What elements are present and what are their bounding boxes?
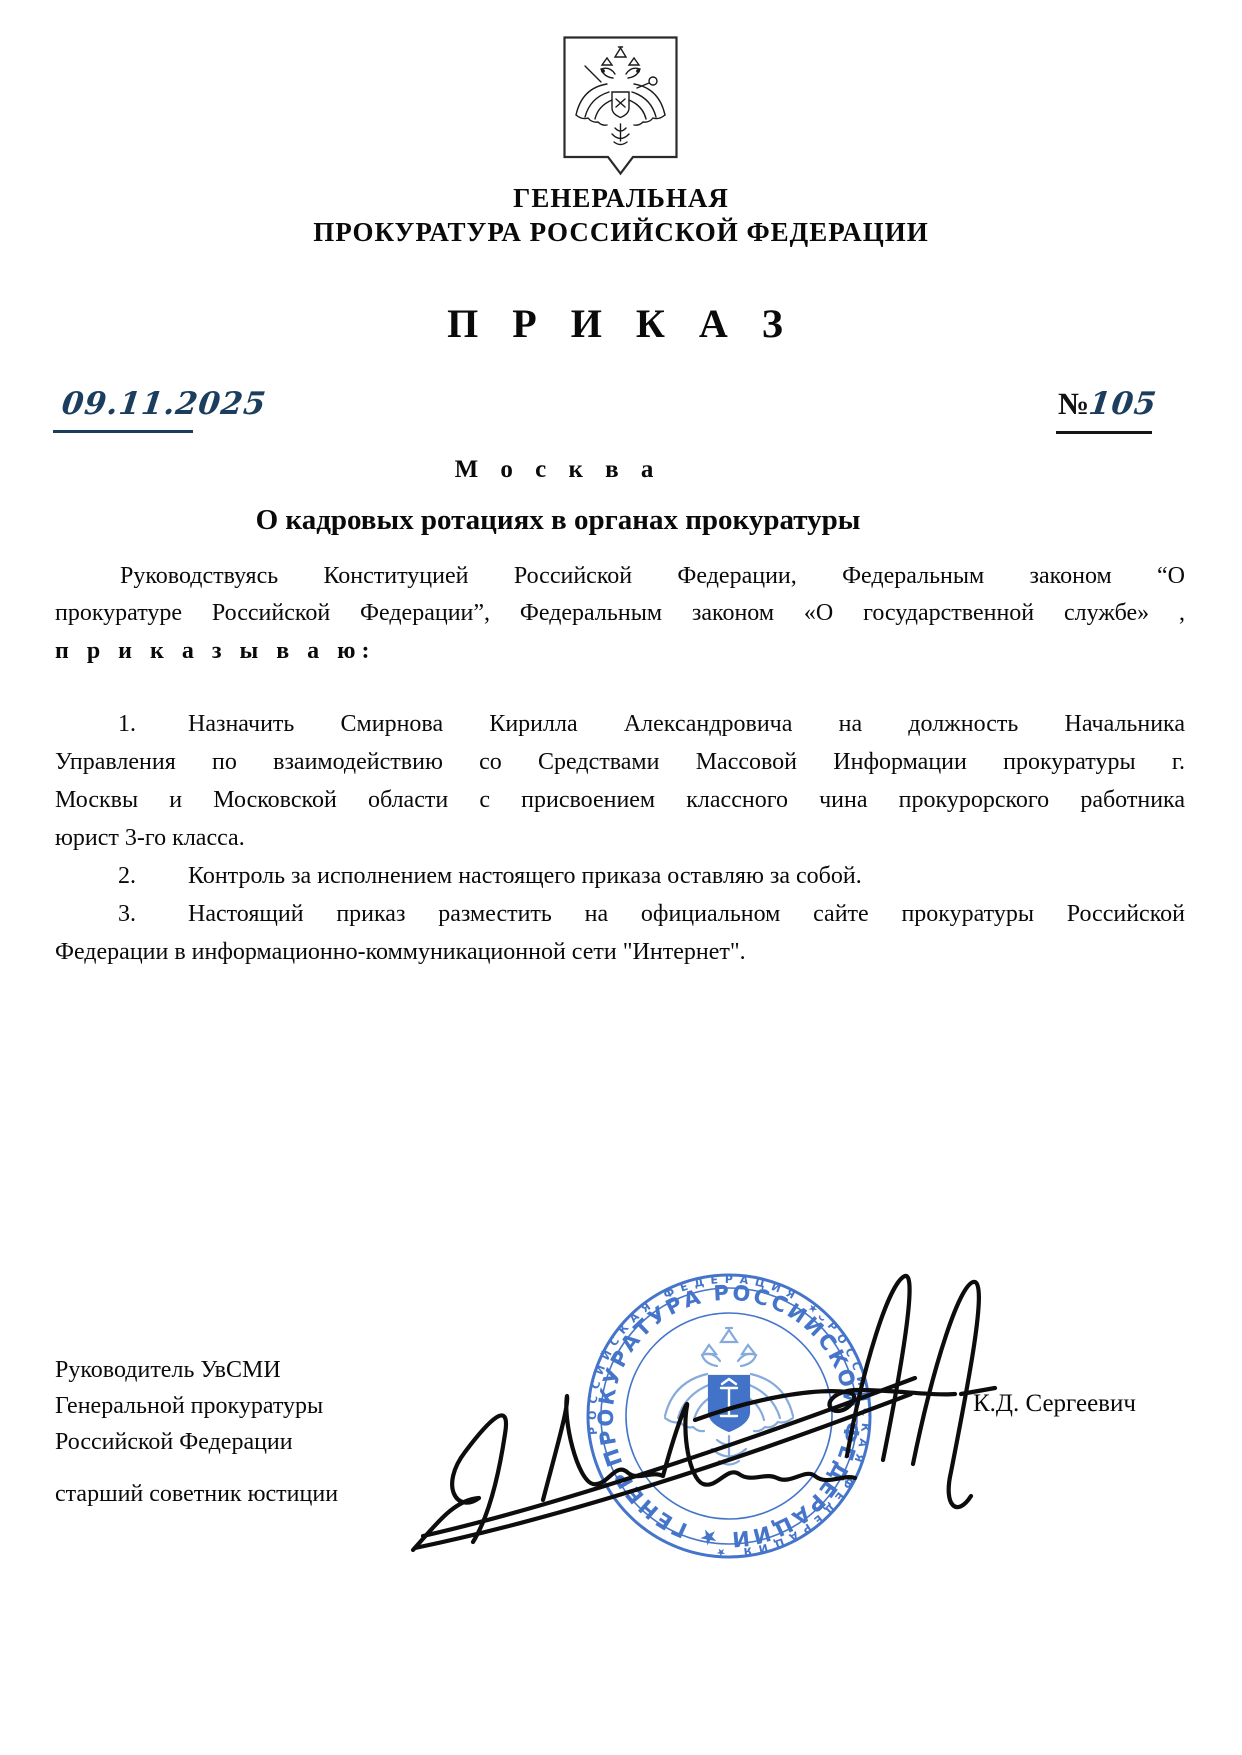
signatory-position-line: Генеральной прокуратуры xyxy=(55,1388,338,1424)
ordered-items: 1. Назначить Смирнова Кирилла Александро… xyxy=(55,705,1185,971)
list-item-line: 2. Контроль за исполнением настоящего пр… xyxy=(55,857,1185,895)
date-underline xyxy=(53,430,193,433)
place-line: М о с к в а xyxy=(55,456,1061,484)
document-subject-title: О кадровых ротациях в органах прокуратур… xyxy=(55,504,1061,537)
signatory-position-line: Российской Федерации xyxy=(55,1424,338,1460)
preamble-line: прокуратуре Российской Федерации”, Федер… xyxy=(55,595,1185,632)
document-type-title: П Р И К А З xyxy=(0,300,1242,347)
list-item-line: юрист 3-го класса. xyxy=(55,819,1185,857)
list-item-line: 3. Настоящий приказ разместить на официа… xyxy=(55,895,1185,933)
list-item-line: Москвы и Московской области с присвоение… xyxy=(55,781,1185,819)
document-body: Руководствуясь Конституцией Российской Ф… xyxy=(55,558,1185,971)
list-item-line: 1. Назначить Смирнова Кирилла Александро… xyxy=(55,705,1185,743)
number-sign: № xyxy=(1058,386,1089,421)
org-name-line1: ГЕНЕРАЛЬНАЯ xyxy=(0,183,1242,214)
document-page: ГЕНЕРАЛЬНАЯ ПРОКУРАТУРА РОССИЙСКОЙ ФЕДЕР… xyxy=(0,0,1242,1755)
document-number-group: №105 xyxy=(1058,386,1157,422)
signatory-position-line: Руководитель УвСМИ xyxy=(55,1352,338,1388)
document-date: 09.11.2025 xyxy=(60,386,269,422)
item-number: 1. xyxy=(118,705,136,743)
signatory-position-block: Руководитель УвСМИ Генеральной прокурату… xyxy=(55,1352,338,1512)
list-item-line: Федерации в информационно-коммуникационн… xyxy=(55,933,1185,971)
coat-of-arms-emblem xyxy=(563,36,678,176)
signatory-rank: старший советник юстиции xyxy=(55,1476,338,1512)
handwritten-signature xyxy=(395,1248,1015,1568)
document-number: 105 xyxy=(1087,386,1159,422)
org-name-line2: ПРОКУРАТУРА РОССИЙСКОЙ ФЕДЕРАЦИИ xyxy=(0,217,1242,248)
decree-word: п р и к а з ы в а ю: xyxy=(55,632,1185,670)
item-number: 2. xyxy=(118,857,136,895)
number-underline xyxy=(1056,431,1152,434)
item-number: 3. xyxy=(118,895,136,933)
preamble-line: Руководствуясь Конституцией Российской Ф… xyxy=(55,558,1185,595)
list-item-line: Управления по взаимодействию со Средства… xyxy=(55,743,1185,781)
